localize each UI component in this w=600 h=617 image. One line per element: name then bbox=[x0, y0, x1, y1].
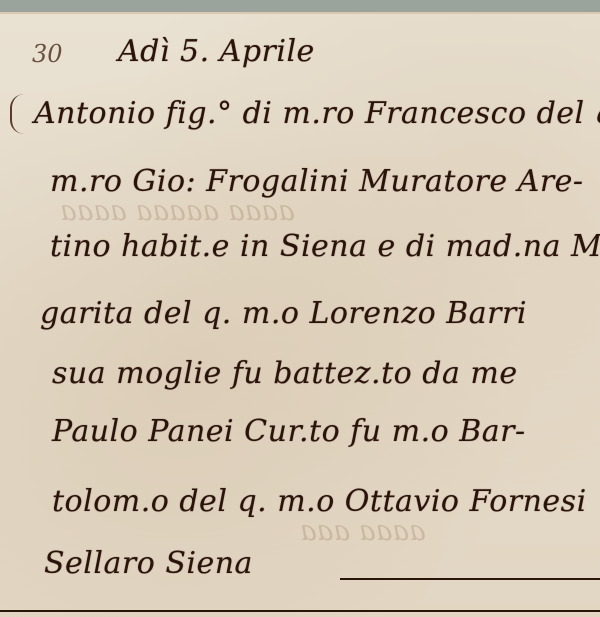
document-page: aaaa aaaaa aaaa aaaa aaa 30 Adì 5. April… bbox=[0, 12, 600, 617]
record-date: Adì 5. Aprile bbox=[118, 34, 600, 69]
margin-number: 30 bbox=[32, 40, 63, 68]
closing-rule bbox=[340, 578, 600, 580]
separator-rule bbox=[0, 610, 600, 612]
record-line-6: Paulo Panei Cur.to fu m.o Bar- bbox=[52, 414, 600, 449]
record-line-8: Sellaro Siena bbox=[44, 546, 600, 581]
record-line-1: Antonio fig.° di m.ro Francesco del q. bbox=[34, 96, 600, 131]
record-line-4: garita del q. m.o Lorenzo Barri bbox=[40, 296, 600, 331]
record-line-7: tolom.o del q. m.o Ottavio Fornesi bbox=[52, 484, 600, 519]
record-line-3: tino habit.e in Siena e di mad.na Mar- bbox=[50, 229, 600, 264]
record-line-5: sua moglie fu battez.to da me bbox=[52, 356, 600, 391]
record-line-2: m.ro Gio: Frogalini Muratore Are- bbox=[50, 164, 600, 199]
margin-bracket bbox=[10, 94, 26, 134]
